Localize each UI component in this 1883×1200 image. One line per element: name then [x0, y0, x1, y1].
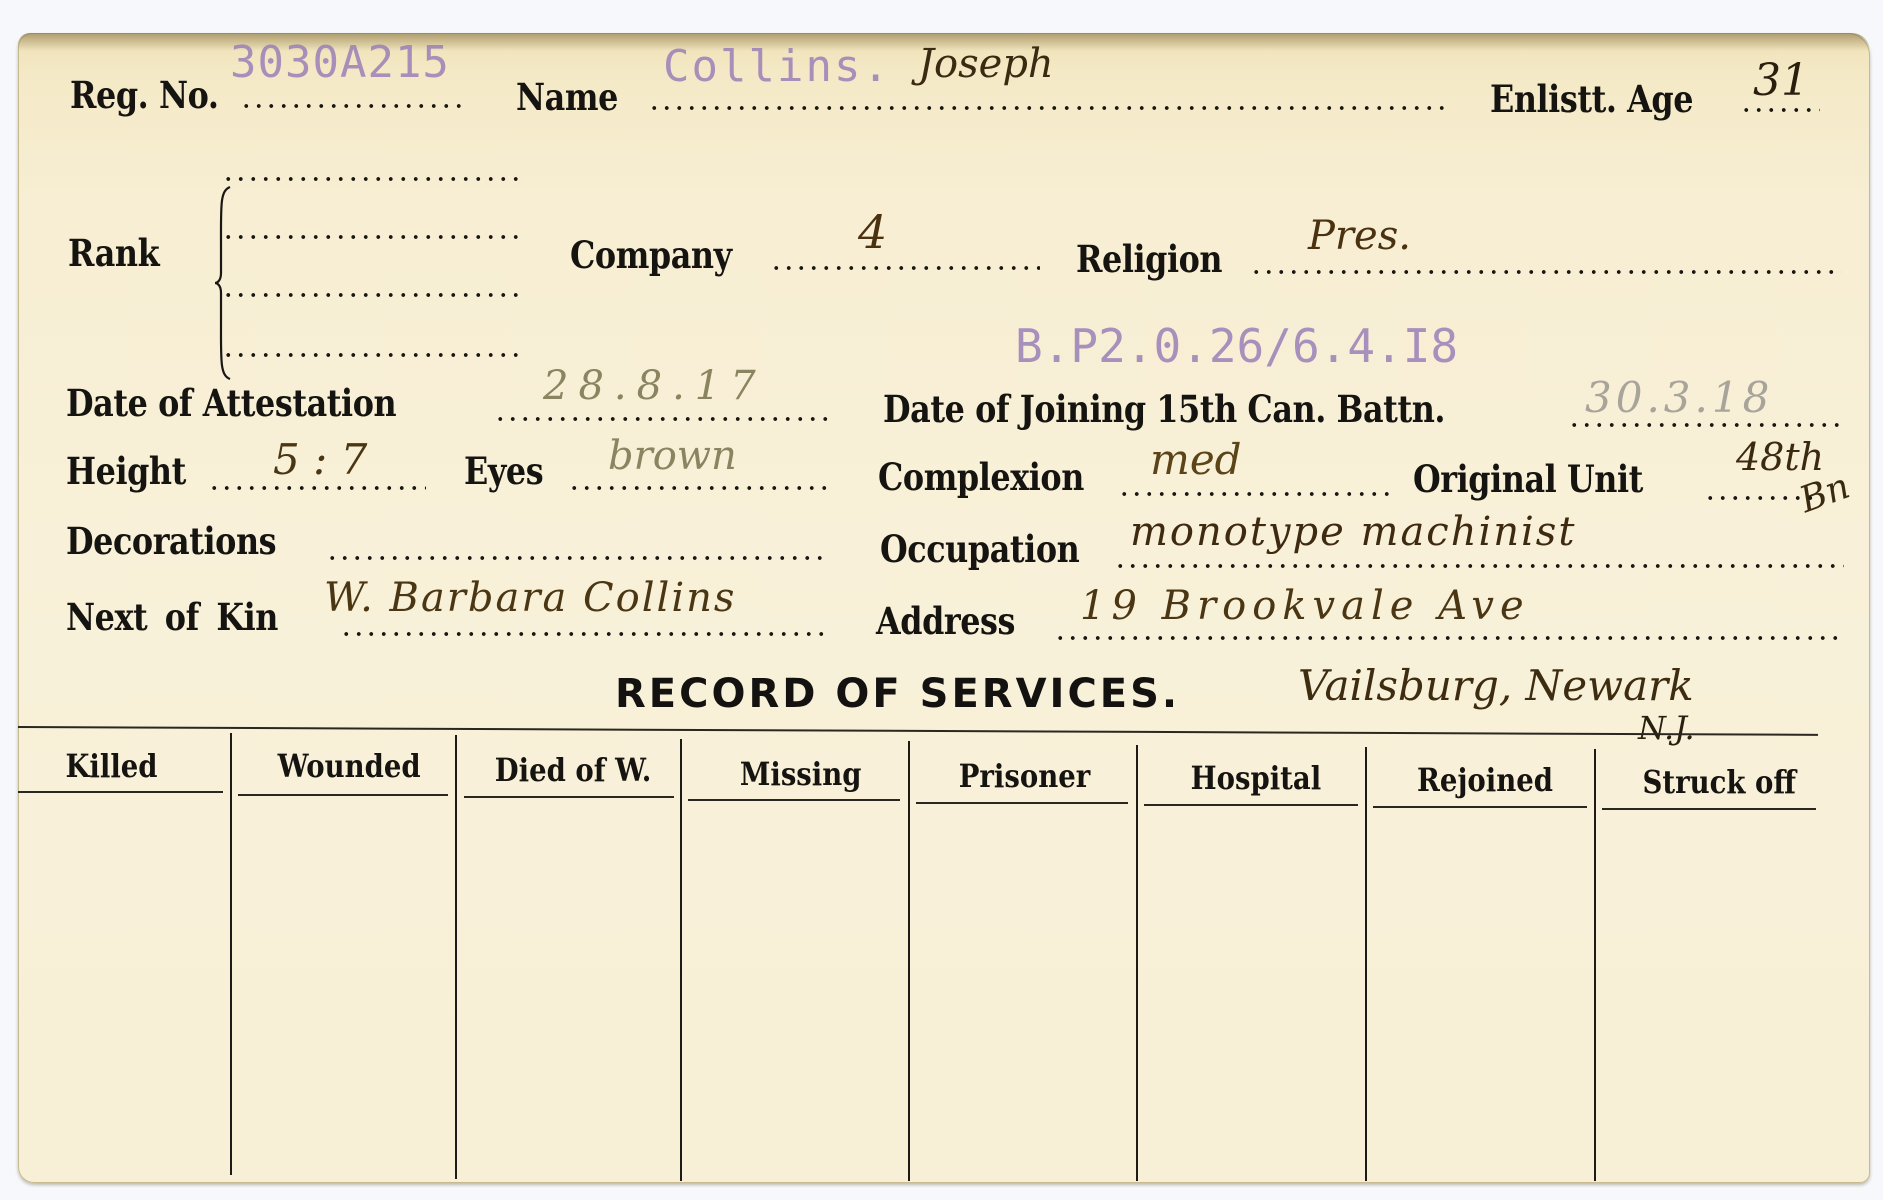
address-field[interactable]	[1054, 635, 1844, 641]
column-header-rejoined: Rejoined	[1417, 761, 1553, 799]
occupation-field[interactable]	[1114, 563, 1844, 569]
eyes-value: brown	[608, 433, 737, 479]
column-header-wounded: Wounded	[278, 747, 421, 785]
rank-line-1[interactable]	[222, 176, 526, 182]
next-of-kin-value: W. Barbara Collins	[324, 575, 736, 621]
complexion-field[interactable]	[1118, 491, 1390, 497]
cell-struck-off[interactable]	[1597, 810, 1837, 1182]
next-of-kin-field[interactable]	[340, 631, 830, 637]
name-typed: Collins.	[663, 41, 891, 92]
rank-line-4[interactable]	[222, 352, 526, 358]
service-record-card: 3030A215 Reg. No. Name Collins. Joseph E…	[18, 33, 1870, 1183]
header-rule-died	[464, 796, 674, 798]
enlist-age-field[interactable]	[1740, 107, 1820, 113]
original-unit-field[interactable]	[1704, 495, 1814, 501]
cell-missing[interactable]	[683, 801, 907, 1181]
attestation-label: Date of Attestation	[66, 381, 396, 425]
column-header-struck-off: Struck off	[1642, 763, 1795, 801]
joining-field[interactable]	[1568, 422, 1844, 428]
column-header-killed: Killed	[65, 747, 157, 785]
header-rule-killed	[18, 791, 223, 793]
company-label: Company	[570, 233, 732, 277]
address-line-1: 19 Brookvale Ave	[1080, 583, 1530, 629]
cell-hospital[interactable]	[1139, 806, 1363, 1182]
column-divider-5	[1136, 745, 1138, 1181]
table-top-rule	[18, 726, 1818, 736]
reg-no-stamp: 3030A215	[230, 37, 450, 88]
enlist-age-label: Enlistt. Age	[1490, 77, 1693, 121]
cell-died-of-wounds[interactable]	[458, 799, 678, 1179]
rank-line-2[interactable]	[222, 234, 526, 240]
column-header-missing: Missing	[740, 755, 862, 793]
reg-no-field[interactable]	[240, 103, 468, 109]
joining-label: Date of Joining 15th Can. Battn.	[883, 387, 1445, 431]
religion-value: Pres.	[1308, 213, 1411, 259]
cell-killed[interactable]	[18, 795, 228, 1175]
occupation-value: monotype machinist	[1130, 509, 1576, 555]
rank-label: Rank	[68, 231, 159, 275]
complexion-label: Complexion	[878, 455, 1084, 499]
enlist-age-value: 31	[1753, 55, 1809, 106]
battalion-part2-order-stamp: B.P2.0.26/6.4.I8	[1015, 319, 1458, 373]
column-divider-3	[680, 739, 682, 1181]
column-divider-6	[1365, 747, 1367, 1181]
column-divider-4	[908, 741, 910, 1181]
attestation-value: 28.8.17	[543, 363, 766, 409]
cell-rejoined[interactable]	[1368, 808, 1592, 1182]
header-rule-wounded	[238, 794, 448, 796]
record-of-services-title: RECORD OF SERVICES.	[615, 671, 1180, 717]
eyes-field[interactable]	[568, 485, 830, 491]
column-header-hospital: Hospital	[1191, 759, 1322, 797]
cell-prisoner[interactable]	[911, 804, 1135, 1182]
name-label: Name	[516, 75, 618, 119]
cell-wounded[interactable]	[232, 797, 454, 1177]
complexion-value: med	[1150, 435, 1242, 484]
height-field[interactable]	[208, 485, 426, 491]
eyes-label: Eyes	[464, 449, 543, 493]
column-header-died-of-wounds: Died of W.	[495, 751, 652, 789]
column-header-prisoner: Prisoner	[959, 757, 1091, 795]
religion-field[interactable]	[1250, 269, 1842, 275]
original-unit-value: 48th	[1736, 435, 1824, 479]
height-value: 5 : 7	[273, 435, 367, 484]
address-label: Address	[876, 599, 1015, 643]
decorations-field[interactable]	[326, 555, 830, 561]
column-divider-7	[1594, 749, 1596, 1181]
decorations-label: Decorations	[66, 519, 276, 563]
company-value: 4	[858, 205, 887, 259]
height-label: Height	[66, 449, 186, 493]
religion-label: Religion	[1076, 237, 1222, 281]
name-handwritten: Joseph	[918, 41, 1054, 87]
attestation-field[interactable]	[494, 416, 830, 422]
rank-line-3[interactable]	[222, 292, 526, 298]
next-of-kin-label: Next of Kin	[66, 595, 278, 639]
original-unit-label: Original Unit	[1413, 457, 1643, 501]
column-divider-2	[455, 735, 457, 1179]
occupation-label: Occupation	[880, 527, 1079, 571]
address-line-3: N.J.	[1638, 709, 1695, 747]
address-line-2: Vailsburg, Newark	[1298, 661, 1694, 710]
joining-value: 30.3.18	[1585, 373, 1773, 422]
reg-no-label: Reg. No.	[70, 73, 218, 117]
name-field[interactable]	[648, 105, 1448, 111]
company-field[interactable]	[770, 265, 1040, 271]
